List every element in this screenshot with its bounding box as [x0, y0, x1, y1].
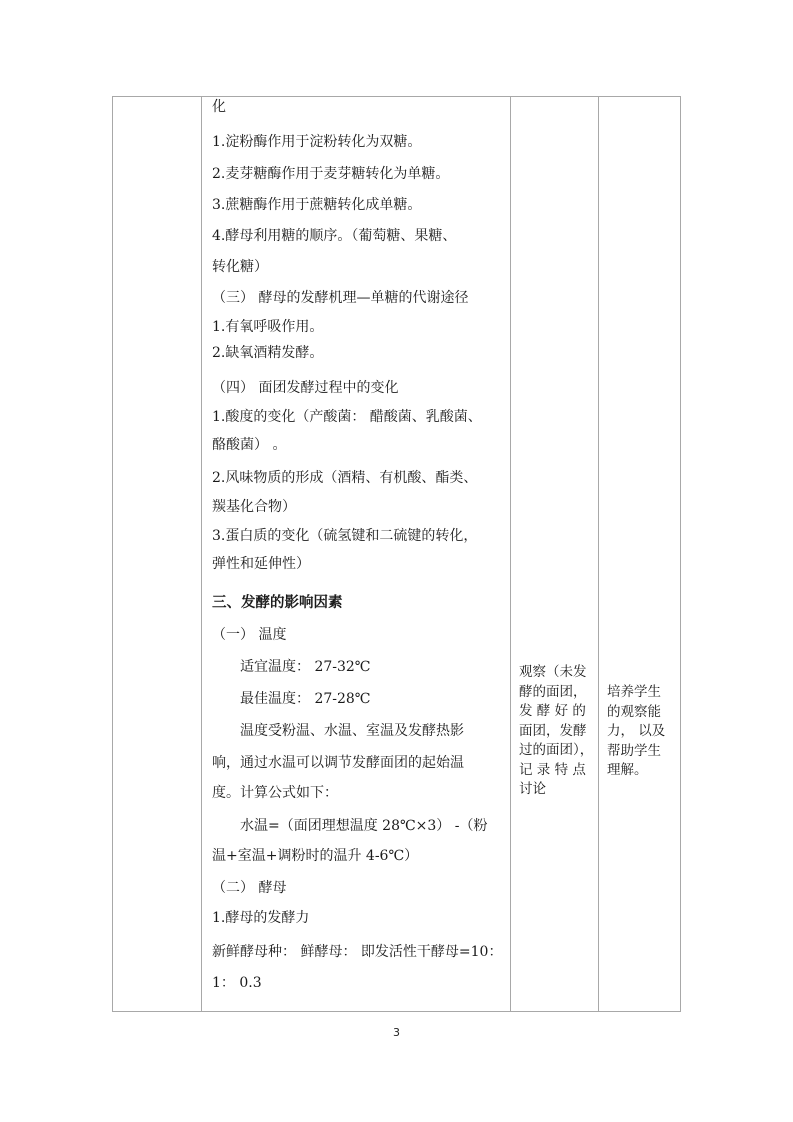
- content-line: 温+室温+调粉时的温升 4-6℃）: [212, 847, 418, 865]
- content-line: 水温=（面团理想温度 28℃×3） -（粉: [240, 817, 487, 835]
- content-line: （一） 温度: [212, 626, 286, 644]
- page-number: 3: [0, 1026, 793, 1039]
- purpose-line: 理解。: [607, 761, 648, 781]
- column-divider: [201, 97, 202, 1011]
- content-line: 4.酵母利用糖的顺序。（葡萄糖、果糖、: [212, 227, 456, 245]
- purpose-line: 帮助学生: [607, 742, 661, 762]
- content-line: 1： 0.3: [212, 974, 262, 992]
- content-line: 最佳温度： 27-28℃: [240, 690, 370, 708]
- purpose-line: 的观察能: [607, 703, 661, 723]
- content-line: 酪酸菌） 。: [212, 436, 286, 454]
- activity-line: 讨论: [519, 780, 546, 800]
- content-line: 羰基化合物）: [212, 498, 296, 516]
- column-divider: [598, 97, 599, 1011]
- content-line: 2.麦芽糖酶作用于麦芽糖转化为单糖。: [212, 165, 449, 183]
- purpose-line: 力， 以及: [607, 722, 665, 742]
- activity-line: 观察（未发: [519, 663, 587, 683]
- design-purpose-cell: 培养学生的观察能力， 以及帮助学生理解。: [607, 97, 687, 1011]
- content-line: 转化糖）: [212, 258, 268, 276]
- content-line: （三） 酵母的发酵机理—单糖的代谢途径: [212, 289, 468, 307]
- activity-line: 发 酵 好 的: [519, 702, 586, 722]
- content-line: 1.有氧呼吸作用。: [212, 318, 323, 336]
- content-line: 3.蔗糖酶作用于蔗糖转化成单糖。: [212, 196, 421, 214]
- content-line: 温度受粉温、水温、室温及发酵热影: [240, 722, 464, 740]
- content-line: 度。计算公式如下：: [212, 784, 338, 802]
- section-heading: 三、发酵的影响因素: [212, 594, 343, 612]
- content-line: 化: [212, 98, 226, 116]
- content-line: 适宜温度： 27-32℃: [240, 658, 370, 676]
- content-line: 1.淀粉酶作用于淀粉转化为双糖。: [212, 133, 421, 151]
- lesson-plan-table: 化1.淀粉酶作用于淀粉转化为双糖。2.麦芽糖酶作用于麦芽糖转化为单糖。3.蔗糖酶…: [112, 96, 681, 1012]
- teaching-content-cell: 化1.淀粉酶作用于淀粉转化为双糖。2.麦芽糖酶作用于麦芽糖转化为单糖。3.蔗糖酶…: [212, 97, 507, 1011]
- activity-line: 面团，发酵: [519, 722, 587, 742]
- content-line: （二） 酵母: [212, 879, 286, 897]
- content-line: （四） 面团发酵过程中的变化: [212, 379, 398, 397]
- content-line: 新鲜酵母种： 鲜酵母： 即发活性干酵母=10：: [212, 943, 502, 961]
- content-line: 响，通过水温可以调节发酵面团的起始温: [212, 754, 464, 772]
- activity-line: 酵的面团，: [519, 683, 587, 703]
- activity-line: 过的面团），: [519, 741, 593, 761]
- content-line: 1.酸度的变化（产酸菌： 醋酸菌、乳酸菌、: [212, 408, 482, 426]
- content-line: 弹性和延伸性）: [212, 555, 310, 573]
- column-divider: [510, 97, 511, 1011]
- content-line: 3.蛋白质的变化（硫氢键和二硫键的转化，: [212, 527, 477, 545]
- content-line: 2.缺氧酒精发酵。: [212, 344, 323, 362]
- purpose-line: 培养学生: [607, 683, 661, 703]
- empty-left-cell: [113, 97, 201, 1011]
- activity-line: 记 录 特 点: [519, 761, 586, 781]
- student-activity-cell: 观察（未发酵的面团，发 酵 好 的面团，发酵过的面团），记 录 特 点讨论: [519, 97, 597, 1011]
- content-line: 2.风味物质的形成（酒精、有机酸、酯类、: [212, 469, 477, 487]
- content-line: 1.酵母的发酵力: [212, 909, 309, 927]
